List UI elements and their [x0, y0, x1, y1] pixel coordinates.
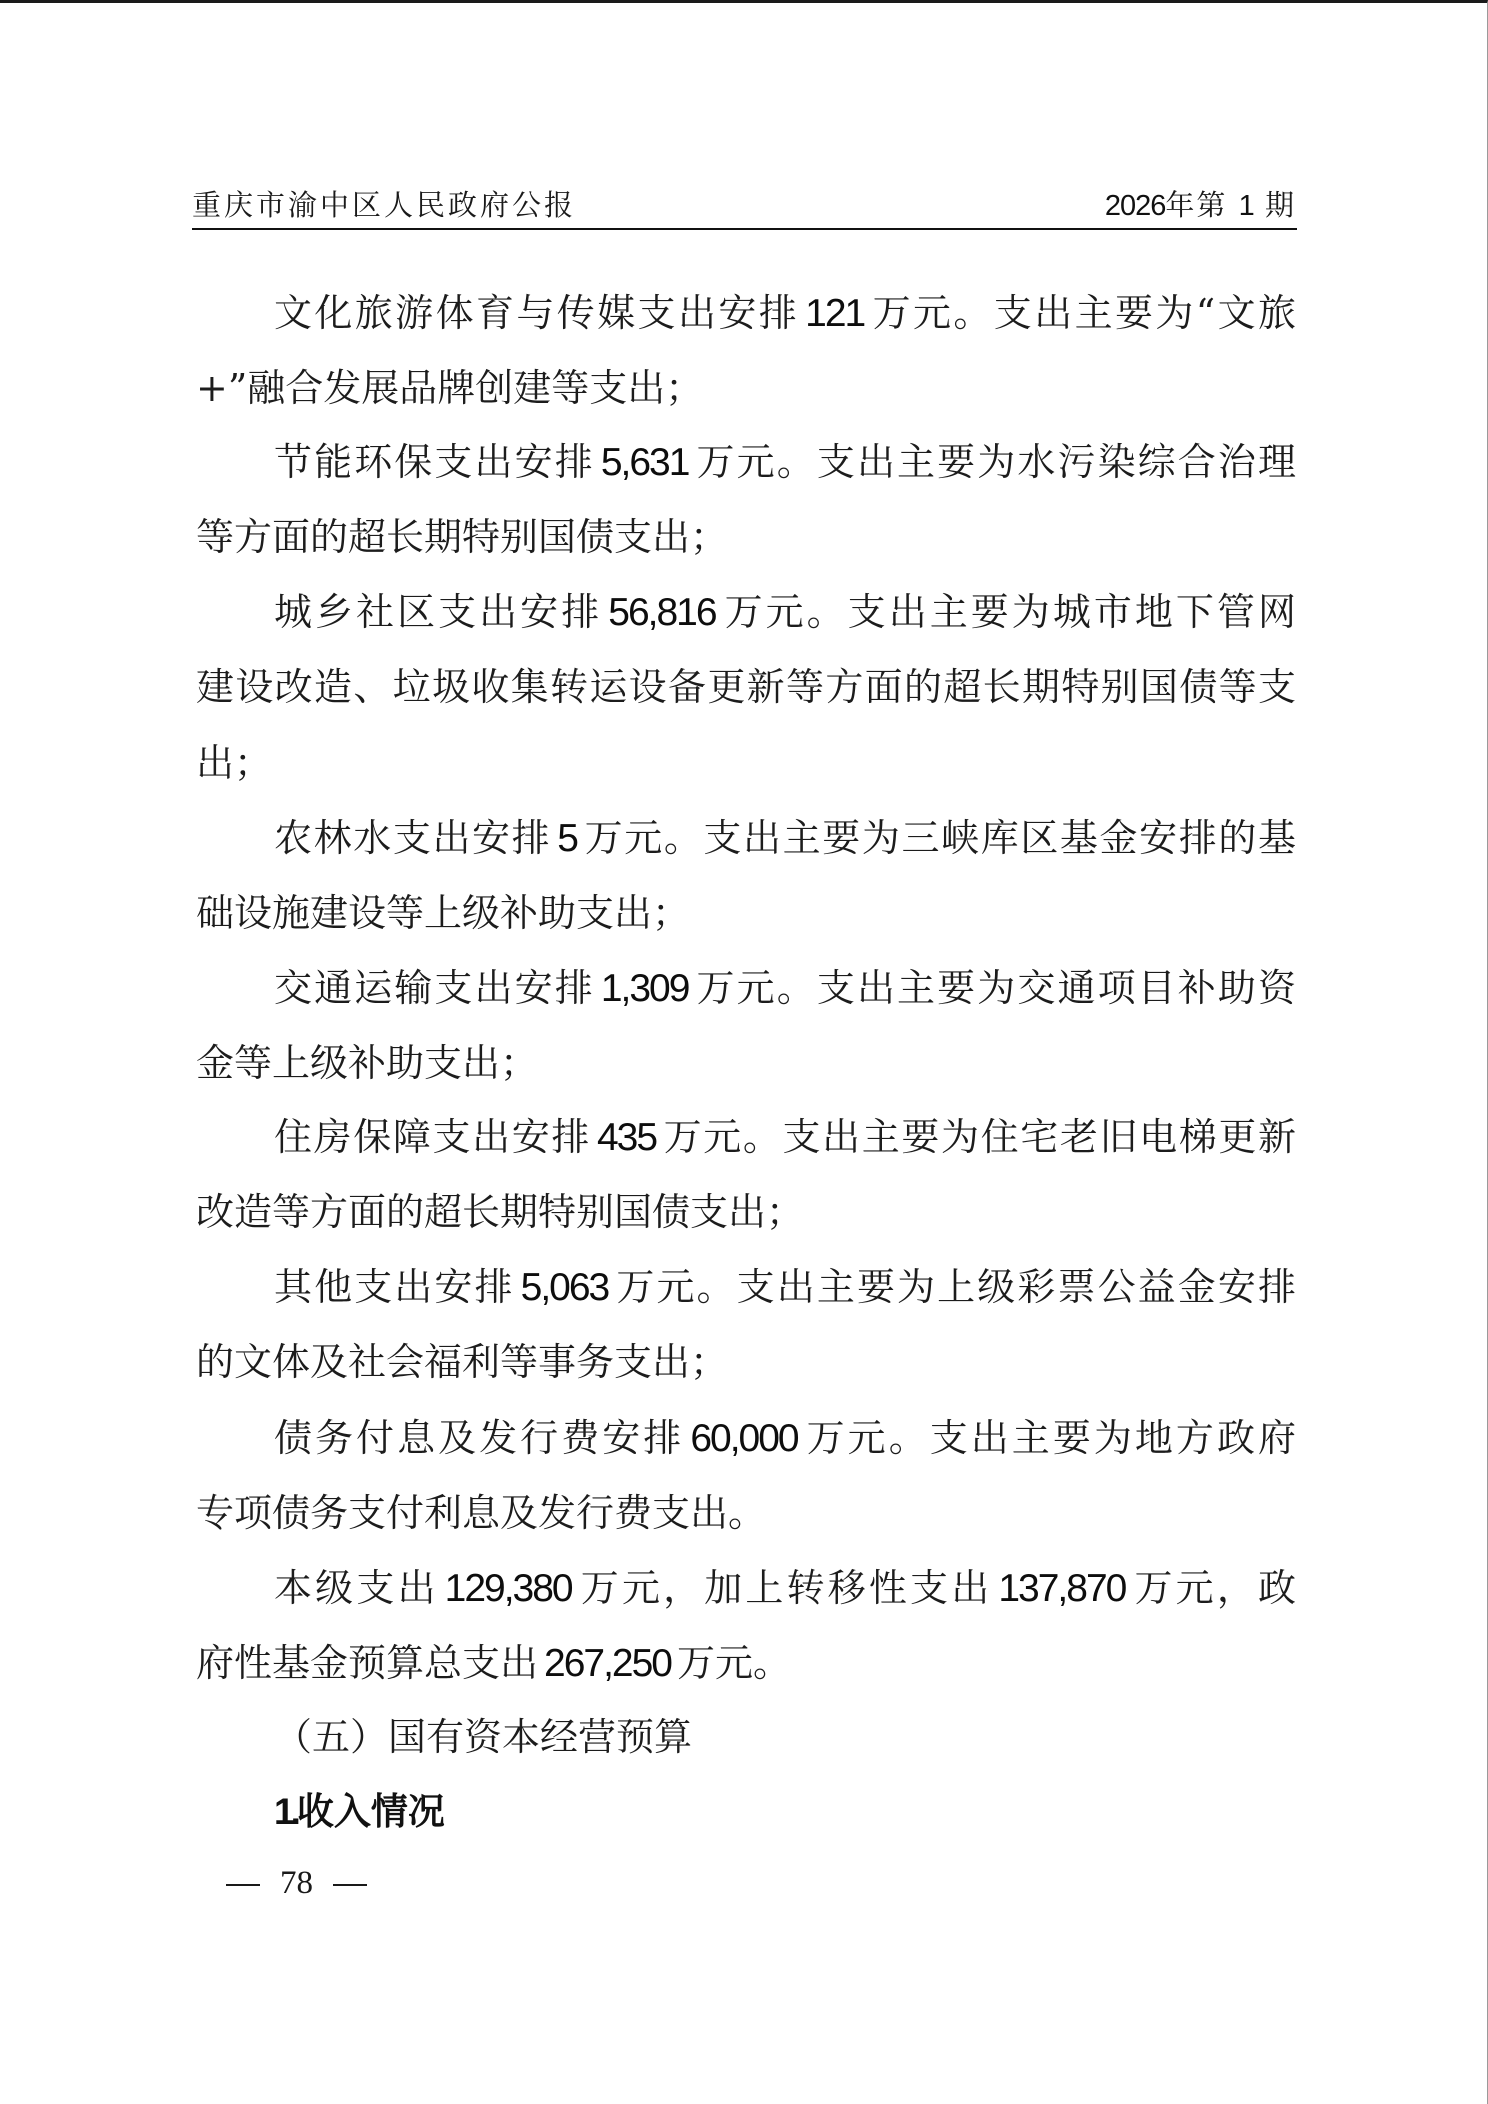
paragraph-line: 等方面的超长期特别国债支出； [196, 512, 1296, 562]
dash-right [333, 1884, 367, 1886]
section-heading: （五）国有资本经营预算 [274, 1712, 1296, 1762]
page-number-value: 78 [280, 1865, 313, 1901]
issue-year: 2026 [1105, 190, 1166, 222]
paragraph-line: 础设施建设等上级补助支出； [196, 888, 1296, 938]
amount: 5,631 [601, 441, 689, 484]
amount: 1,309 [601, 967, 689, 1010]
issue-number: 1 [1239, 190, 1254, 222]
amount: 121 [805, 292, 864, 335]
running-header: 重庆市渝中区人民政府公报 2026年第 1 期 [192, 183, 1296, 223]
line-text: 府性基金预算总支出 [196, 1641, 538, 1685]
subsection-number: 1. [274, 1791, 297, 1832]
document-page: 重庆市渝中区人民政府公报 2026年第 1 期 文化旅游体育与传媒支出安排121… [0, 0, 1488, 2104]
dash-left [226, 1884, 260, 1886]
amount-total-expenditure: 267,250 [544, 1642, 671, 1685]
header-rule [192, 228, 1297, 230]
paragraph-line: 金等上级补助支出； [196, 1038, 1296, 1088]
line-text: 万元。 [677, 1641, 791, 1685]
line-text: 万元。支出主要为“文旅 [870, 291, 1296, 335]
line-text: 万元。支出主要为三峡库区基金安排的基 [583, 816, 1296, 860]
line-text: 文化旅游体育与传媒支出安排 [274, 291, 799, 335]
line-text: 专项债务支付利息及发行费支出。 [196, 1491, 766, 1535]
paragraph-line: 专项债务支付利息及发行费支出。 [196, 1488, 1296, 1538]
paragraph-line: +”融合发展品牌创建等支出； [196, 363, 1296, 413]
line-text: 万元。支出主要为水污染综合治理 [694, 440, 1296, 484]
amount-transfer-expenditure: 137,870 [998, 1567, 1125, 1610]
issue-label: 2026年第 1 期 [1105, 183, 1296, 224]
paragraph-line: 改造等方面的超长期特别国债支出； [196, 1187, 1296, 1237]
paragraph-line: 本级支出129,380万元，加上转移性支出137,870万元，政 [274, 1563, 1296, 1613]
line-text: 债务付息及发行费安排 [274, 1416, 684, 1460]
line-text: 其他支出安排 [274, 1265, 515, 1309]
line-text: 万元，政 [1131, 1566, 1296, 1610]
page-number: 78 [226, 1861, 367, 1905]
line-text: 等方面的超长期特别国债支出； [196, 515, 728, 559]
subsection-heading: 1.收入情况 [274, 1787, 1296, 1837]
line-text: 改造等方面的超长期特别国债支出； [196, 1190, 804, 1234]
line-text: 万元。支出主要为上级彩票公益金安排 [614, 1265, 1296, 1309]
paragraph-line: 城乡社区支出安排56,816万元。支出主要为城市地下管网 [274, 587, 1296, 637]
line-text: 的文体及社会福利等事务支出； [196, 1340, 728, 1384]
line-text: 出； [196, 741, 272, 785]
line-text: 节能环保支出安排 [274, 440, 595, 484]
line-text: 万元。支出主要为住宅老旧电梯更新 [662, 1115, 1296, 1159]
paragraph-line: 的文体及社会福利等事务支出； [196, 1337, 1296, 1387]
paragraph-line: 住房保障支出安排435万元。支出主要为住宅老旧电梯更新 [274, 1112, 1296, 1162]
amount: 435 [597, 1116, 656, 1159]
line-text: 万元。支出主要为地方政府 [804, 1416, 1296, 1460]
publication-title: 重庆市渝中区人民政府公报 [192, 183, 576, 224]
line-text: 础设施建设等上级补助支出； [196, 891, 690, 935]
issue-year-suffix: 年第 [1165, 188, 1227, 222]
amount: 5 [557, 817, 577, 860]
line-text: 万元。支出主要为交通项目补助资 [694, 966, 1296, 1010]
line-text: 建设改造、垃圾收集转运设备更新等方面的超长期特别国债等支 [196, 665, 1296, 709]
paragraph-line: 农林水支出安排5万元。支出主要为三峡库区基金安排的基 [274, 813, 1296, 863]
line-text: 本级支出 [274, 1566, 439, 1610]
line-text: 农林水支出安排 [274, 816, 551, 860]
amount-local-expenditure: 129,380 [445, 1567, 572, 1610]
paragraph-line: 节能环保支出安排5,631万元。支出主要为水污染综合治理 [274, 437, 1296, 487]
issue-suffix: 期 [1265, 188, 1296, 222]
line-text: 住房保障支出安排 [274, 1115, 591, 1159]
line-text: 城乡社区支出安排 [274, 590, 602, 634]
amount: 5,063 [521, 1266, 609, 1309]
paragraph-line: 府性基金预算总支出267,250万元。 [196, 1638, 1296, 1688]
amount: 56,816 [608, 591, 715, 634]
line-text: 交通运输支出安排 [274, 966, 595, 1010]
paragraph-line: 其他支出安排5,063万元。支出主要为上级彩票公益金安排 [274, 1262, 1296, 1312]
paragraph-line: 债务付息及发行费安排60,000万元。支出主要为地方政府 [274, 1413, 1296, 1463]
amount: 60,000 [690, 1417, 797, 1460]
line-text: 万元，加上转移性支出 [578, 1566, 993, 1610]
paragraph-line: 文化旅游体育与传媒支出安排121万元。支出主要为“文旅 [274, 288, 1296, 338]
paragraph-line: 建设改造、垃圾收集转运设备更新等方面的超长期特别国债等支 [196, 662, 1296, 712]
subsection-label: 收入情况 [297, 1790, 445, 1833]
paragraph-line: 交通运输支出安排1,309万元。支出主要为交通项目补助资 [274, 963, 1296, 1013]
line-text: +”融合发展品牌创建等支出； [196, 366, 703, 410]
paragraph-line: 出； [196, 738, 1296, 788]
line-text: 金等上级补助支出； [196, 1041, 538, 1085]
line-text: 万元。支出主要为城市地下管网 [722, 590, 1296, 634]
